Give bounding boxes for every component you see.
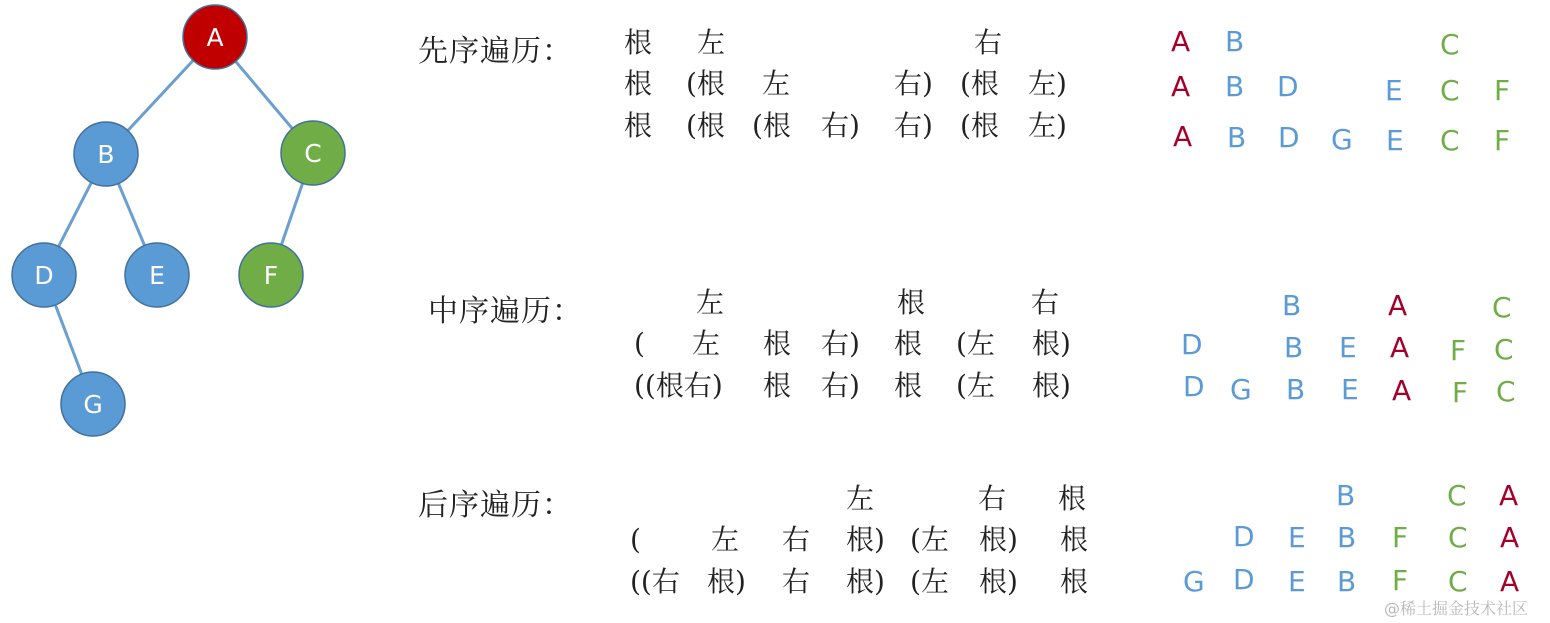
postorder-title: 后序遍历： <box>418 480 573 524</box>
pre-r1-c4: 右) <box>894 63 933 105</box>
post-r1-c2: 右 <box>782 519 810 561</box>
tree-edge-B-D <box>59 182 92 246</box>
in-r1-c4: 根 <box>894 323 922 365</box>
tree-node-G: G <box>61 372 125 436</box>
in-r1-c5: (左 <box>956 323 995 365</box>
post-r1-c3: 根) <box>846 519 885 561</box>
tree-nodes: ABCDEFG <box>12 5 345 436</box>
svg-text:C: C <box>304 139 321 168</box>
post-r1-c5: 根) <box>979 519 1018 561</box>
post-r0-c1: 右 <box>978 478 1006 520</box>
in-res-r1-0: D <box>1181 324 1203 366</box>
pre-r2-c6: 左) <box>1028 105 1067 147</box>
pre-res-r0-1: B <box>1225 21 1244 63</box>
tree-node-F: F <box>239 243 303 307</box>
post-r0-c2: 根 <box>1058 478 1086 520</box>
post-r0-c0: 左 <box>846 478 874 520</box>
svg-text:B: B <box>97 140 114 169</box>
pre-res-r1-6: F <box>1494 70 1510 112</box>
pre-r1-c6: 左) <box>1028 63 1067 105</box>
in-res-r2-5: F <box>1452 372 1468 414</box>
post-r2-c1: 根) <box>707 561 746 603</box>
in-r2-c4: (左 <box>956 365 995 407</box>
in-res-r2-0: D <box>1183 366 1205 408</box>
tree-node-B: B <box>74 122 138 186</box>
post-r2-c2: 右 <box>782 561 810 603</box>
in-res-r2-6: C <box>1496 371 1516 413</box>
pre-r0-c0: 根 <box>624 22 652 64</box>
in-res-r1-4: A <box>1390 327 1409 369</box>
pre-r2-c4: 右) <box>894 105 933 147</box>
in-res-r1-6: C <box>1494 329 1514 371</box>
pre-res-r2-1: B <box>1227 117 1246 159</box>
pre-r1-c0: 根 <box>624 63 652 105</box>
svg-text:G: G <box>83 390 102 419</box>
inorder-title: 中序遍历： <box>428 286 583 330</box>
post-r2-c5: 根) <box>979 561 1018 603</box>
pre-res-r1-5: C <box>1440 70 1460 112</box>
in-res-r0-2: B <box>1282 285 1301 327</box>
in-r1-c6: 根) <box>1032 323 1071 365</box>
tree-node-A: A <box>183 5 247 69</box>
post-res-r0-5: C <box>1447 475 1467 517</box>
in-r2-c0: ((根右) <box>634 365 723 407</box>
post-r1-c1: 左 <box>711 519 739 561</box>
in-r2-c5: 根) <box>1032 365 1071 407</box>
in-res-r0-6: C <box>1492 287 1512 329</box>
post-res-r2-2: E <box>1288 561 1306 603</box>
in-res-r1-5: F <box>1450 330 1466 372</box>
pre-res-r1-1: B <box>1225 66 1244 108</box>
pre-res-r2-6: F <box>1494 120 1510 162</box>
post-res-r1-2: E <box>1288 517 1306 559</box>
post-r1-c6: 根 <box>1060 519 1088 561</box>
post-r2-c4: (左 <box>910 561 949 603</box>
post-res-r0-3: B <box>1336 475 1355 517</box>
pre-res-r1-0: A <box>1171 66 1190 108</box>
pre-res-r0-5: C <box>1440 24 1460 66</box>
in-res-r2-1: G <box>1230 369 1252 411</box>
in-r1-c2: 根 <box>763 323 791 365</box>
pre-r2-c1: (根 <box>686 105 725 147</box>
in-res-r0-4: A <box>1388 285 1407 327</box>
post-r2-c0: ((右 <box>630 561 680 603</box>
svg-text:E: E <box>149 261 165 290</box>
pre-r0-c5: 右 <box>974 22 1002 64</box>
in-r0-c0: 左 <box>696 282 724 324</box>
post-res-r2-0: G <box>1183 561 1205 603</box>
pre-res-r1-2: D <box>1277 66 1299 108</box>
post-r2-c6: 根 <box>1060 561 1088 603</box>
post-res-r1-4: F <box>1392 517 1408 559</box>
post-res-r0-6: A <box>1499 475 1518 517</box>
tree-edge-B-E <box>118 183 144 245</box>
tree-edge-A-C <box>236 61 293 128</box>
watermark: @稀土掘金技术社区 <box>1384 596 1528 619</box>
pre-r1-c5: (根 <box>960 63 999 105</box>
pre-res-r2-4: E <box>1386 120 1404 162</box>
in-r1-c0: ( <box>634 323 645 365</box>
post-r1-c0: ( <box>630 519 641 561</box>
post-res-r2-1: D <box>1233 559 1255 601</box>
pre-r2-c3: 右) <box>821 105 860 147</box>
pre-r2-c2: (根 <box>752 105 791 147</box>
post-res-r2-3: B <box>1337 561 1356 603</box>
tree-edges <box>55 60 302 374</box>
in-res-r1-2: B <box>1284 327 1303 369</box>
preorder-title: 先序遍历： <box>418 26 573 70</box>
in-res-r2-3: E <box>1341 369 1359 411</box>
in-r2-c3: 根 <box>894 365 922 407</box>
in-r2-c1: 根 <box>763 365 791 407</box>
pre-r1-c2: 左 <box>762 63 790 105</box>
post-res-r1-6: A <box>1500 517 1519 559</box>
tree-node-E: E <box>125 243 189 307</box>
in-r0-c1: 根 <box>897 282 925 324</box>
in-res-r1-3: E <box>1339 327 1357 369</box>
tree-node-C: C <box>281 121 345 185</box>
pre-res-r2-3: G <box>1331 119 1353 161</box>
pre-res-r2-2: D <box>1278 117 1300 159</box>
post-res-r1-5: C <box>1448 517 1468 559</box>
pre-res-r2-0: A <box>1173 116 1192 158</box>
pre-r2-c0: 根 <box>624 105 652 147</box>
in-r0-c2: 右 <box>1031 282 1059 324</box>
pre-r0-c1: 左 <box>697 22 725 64</box>
tree-node-D: D <box>12 243 76 307</box>
pre-res-r2-5: C <box>1440 120 1460 162</box>
post-res-r1-1: D <box>1233 516 1255 558</box>
in-res-r2-2: B <box>1286 369 1305 411</box>
tree-edge-D-G <box>55 305 81 374</box>
in-r2-c2: 右) <box>821 365 860 407</box>
pre-r2-c5: (根 <box>960 105 999 147</box>
pre-res-r1-4: E <box>1385 70 1403 112</box>
post-r1-c4: (左 <box>910 519 949 561</box>
post-r2-c3: 根) <box>846 561 885 603</box>
svg-text:F: F <box>264 261 278 290</box>
pre-res-r0-0: A <box>1171 21 1190 63</box>
svg-text:A: A <box>206 23 223 52</box>
tree-edge-C-F <box>281 183 302 244</box>
tree-edge-A-B <box>128 60 193 130</box>
in-res-r2-4: A <box>1392 370 1411 412</box>
in-r1-c3: 右) <box>821 323 860 365</box>
pre-r1-c1: (根 <box>686 63 725 105</box>
post-res-r1-3: B <box>1337 517 1356 559</box>
in-r1-c1: 左 <box>692 323 720 365</box>
binary-tree-diagram: ABCDEFG <box>0 0 400 450</box>
svg-text:D: D <box>34 261 53 290</box>
